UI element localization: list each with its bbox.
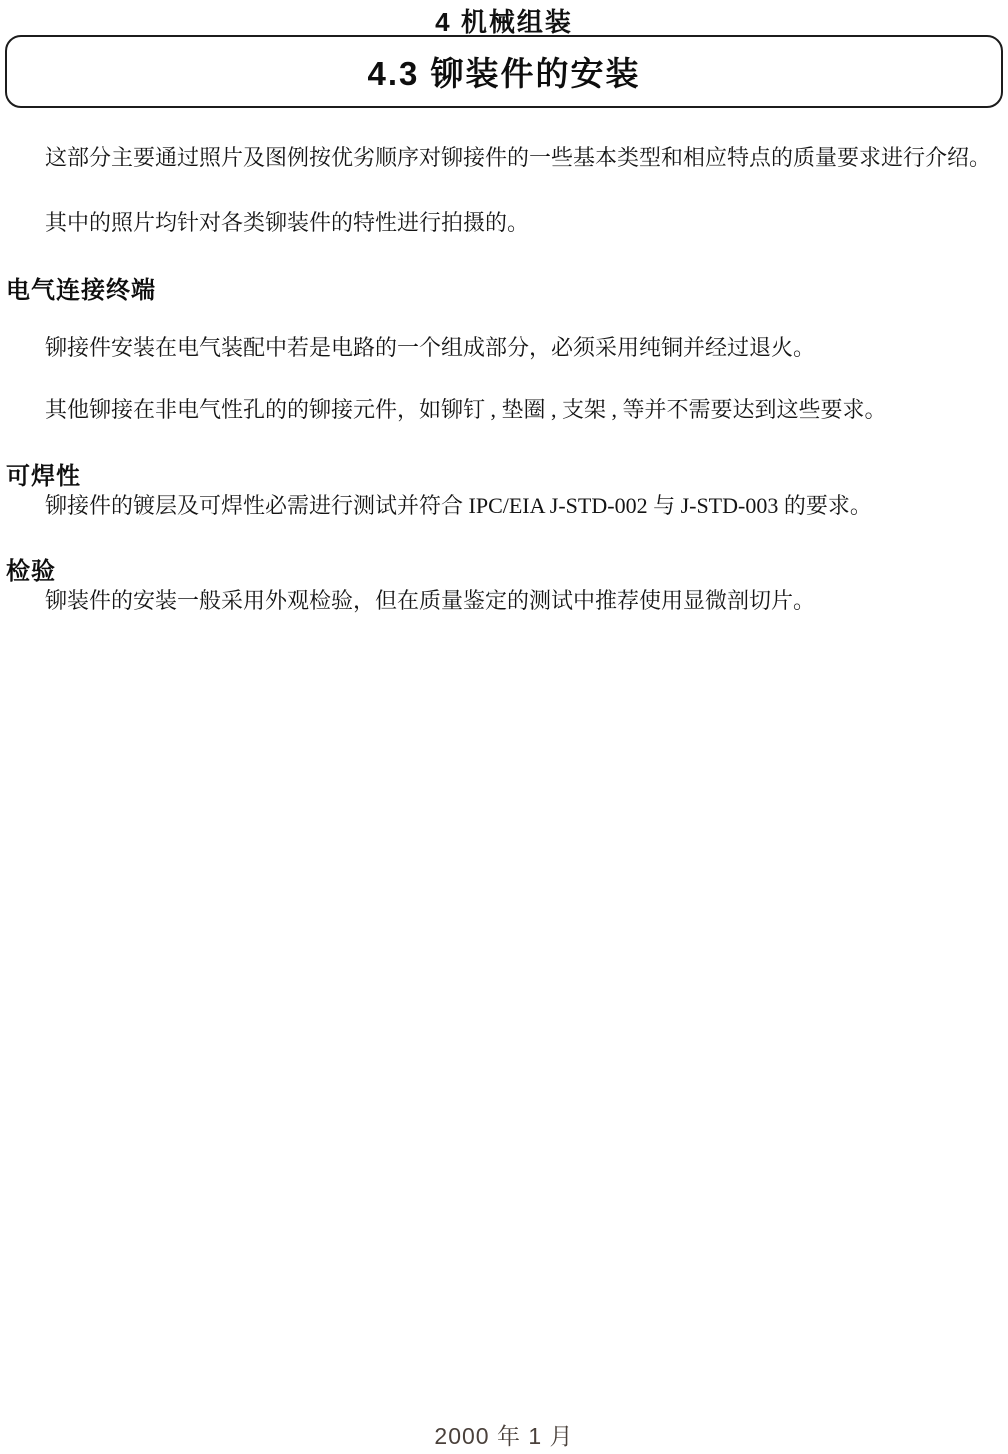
heading-inspection: 检验 [6, 551, 56, 586]
page-footer-date: 2000 年 1 月 [0, 1418, 1008, 1451]
section-title: 4.3 铆装件的安装 [367, 48, 640, 95]
solderability-paragraph: 铆接件的镀层及可焊性必需进行测试并符合 IPC/EIA J-STD-002 与 … [45, 491, 975, 521]
electrical-paragraph-2: 其他铆接在非电气性孔的的铆接元件，如铆钉 , 垫圈 , 支架 , 等并不需要达到… [45, 395, 975, 425]
intro-paragraph-1: 这部分主要通过照片及图例按优劣顺序对铆接件的一些基本类型和相应特点的质量要求进行… [45, 143, 975, 173]
intro-paragraph-2: 其中的照片均针对各类铆装件的特性进行拍摄的。 [45, 208, 975, 238]
inspection-paragraph: 铆装件的安装一般采用外观检验，但在质量鉴定的测试中推荐使用显微剖切片。 [45, 586, 975, 616]
electrical-paragraph-1: 铆接件安装在电气装配中若是电路的一个组成部分，必须采用纯铜并经过退火。 [45, 333, 975, 363]
chapter-header: 4 机械组装 [0, 2, 1008, 39]
heading-solderability: 可焊性 [6, 456, 81, 491]
section-title-box: 4.3 铆装件的安装 [5, 35, 1003, 108]
heading-electrical-terminals: 电气连接终端 [6, 270, 156, 305]
document-page: 4 机械组装 4.3 铆装件的安装 这部分主要通过照片及图例按优劣顺序对铆接件的… [0, 0, 1008, 1454]
